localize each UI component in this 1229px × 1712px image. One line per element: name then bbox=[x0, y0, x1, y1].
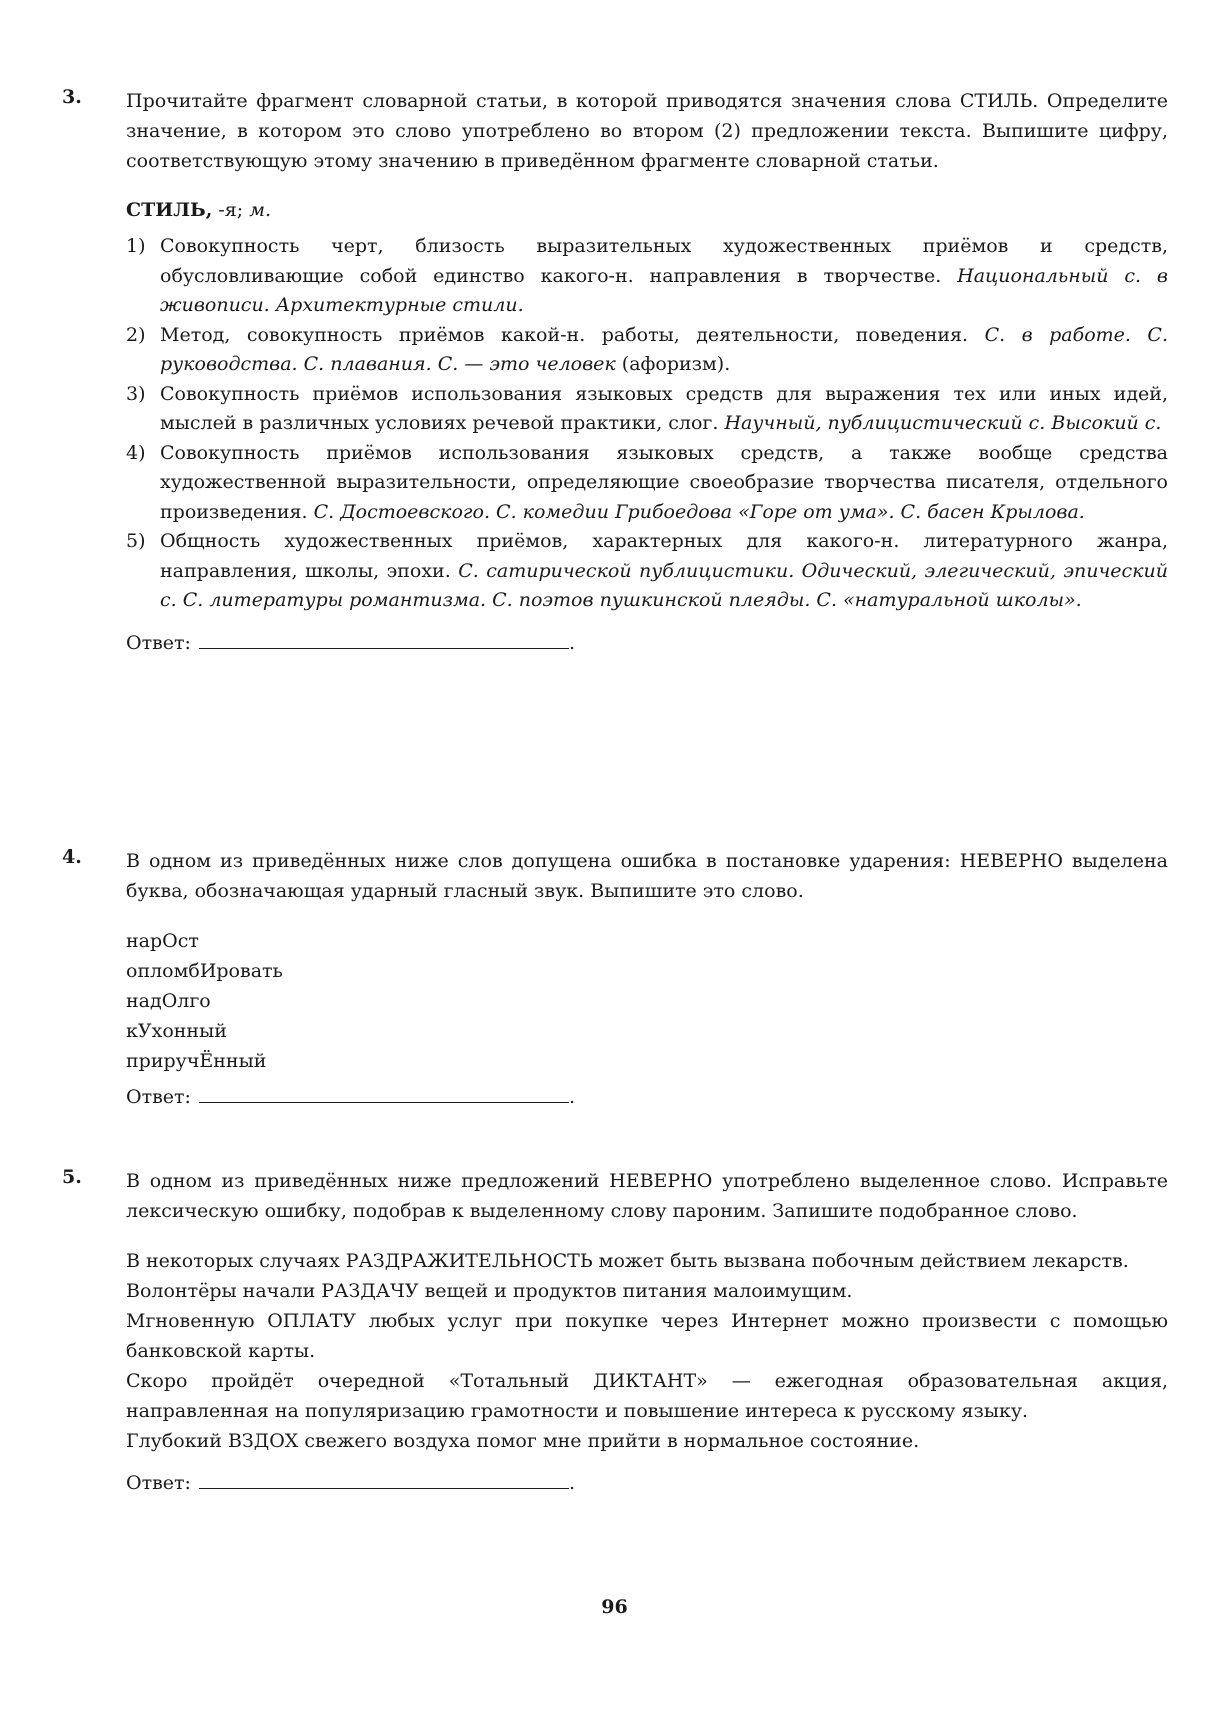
sentence-option: Волонтёры начали РАЗДАЧУ вещей и продукт… bbox=[126, 1276, 1168, 1306]
sentence-option: Мгновенную ОПЛАТУ любых услуг при покупк… bbox=[126, 1306, 1168, 1366]
answer-row: Ответ:. bbox=[126, 628, 1168, 658]
definition-number: 2) bbox=[126, 321, 146, 351]
word-list: нарОст опломбИровать надОлго кУхонный пр… bbox=[126, 926, 1168, 1076]
sentence-option: Глубокий ВЗДОХ свежего воздуха помог мне… bbox=[126, 1426, 1168, 1456]
word-option: надОлго bbox=[126, 986, 1168, 1016]
word-option: нарОст bbox=[126, 926, 1168, 956]
definition-list: 1)Совокупность черт, близость выразитель… bbox=[126, 232, 1168, 616]
task-number: 4. bbox=[62, 846, 82, 868]
definition-item: 3)Совокупность приёмов использования язы… bbox=[126, 380, 1168, 439]
task-instruction: В одном из приведённых ниже слов допущен… bbox=[126, 846, 1168, 906]
task-instruction: В одном из приведённых ниже предложений … bbox=[126, 1166, 1168, 1226]
definition-item: 4)Совокупность приёмов использования язы… bbox=[126, 439, 1168, 528]
word-option: приручЁнный bbox=[126, 1046, 1168, 1076]
answer-period: . bbox=[569, 1086, 575, 1108]
answer-label: Ответ: bbox=[126, 1472, 191, 1494]
grammar-info: -я; bbox=[212, 199, 249, 221]
word-option: опломбИровать bbox=[126, 956, 1168, 986]
answer-period: . bbox=[569, 632, 575, 654]
definition-item: 2)Метод, совокупность приёмов какой-н. р… bbox=[126, 321, 1168, 380]
sentence-option: В некоторых случаях РАЗДРАЖИТЕЛЬНОСТЬ мо… bbox=[126, 1246, 1168, 1276]
task-5: 5. В одном из приведённых ниже предложен… bbox=[62, 1166, 1168, 1498]
answer-field[interactable] bbox=[199, 1082, 569, 1103]
task-number: 3. bbox=[62, 86, 82, 108]
definition-examples: С. Достоевского. С. комедии Грибоедова «… bbox=[314, 501, 1085, 523]
definition-item: 1)Совокупность черт, близость выразитель… bbox=[126, 232, 1168, 321]
sentence-list: В некоторых случаях РАЗДРАЖИТЕЛЬНОСТЬ мо… bbox=[126, 1246, 1168, 1456]
word-option: кУхонный bbox=[126, 1016, 1168, 1046]
dictionary-headword: СТИЛЬ, -я; м. bbox=[126, 196, 1168, 224]
definition-number: 5) bbox=[126, 527, 146, 557]
textbook-page: 3. Прочитайте фрагмент словарной статьи,… bbox=[0, 0, 1229, 1712]
definition-number: 1) bbox=[126, 232, 146, 262]
answer-period: . bbox=[569, 1472, 575, 1494]
definition-note: (афоризм). bbox=[616, 353, 731, 375]
sentence-option: Скоро пройдёт очередной «Тотальный ДИКТА… bbox=[126, 1366, 1168, 1426]
task-instruction: Прочитайте фрагмент словарной статьи, в … bbox=[126, 86, 1168, 176]
definition-number: 4) bbox=[126, 439, 146, 469]
definition-item: 5)Общность художественных приёмов, харак… bbox=[126, 527, 1168, 616]
definition-text: Метод, совокупность приёмов какой-н. раб… bbox=[160, 324, 985, 346]
answer-row: Ответ:. bbox=[126, 1082, 1168, 1112]
answer-label: Ответ: bbox=[126, 1086, 191, 1108]
headword: СТИЛЬ, bbox=[126, 199, 212, 221]
task-number: 5. bbox=[62, 1166, 82, 1188]
answer-field[interactable] bbox=[199, 1468, 569, 1489]
task-4: 4. В одном из приведённых ниже слов допу… bbox=[62, 846, 1168, 1112]
answer-label: Ответ: bbox=[126, 632, 191, 654]
page-number: 96 bbox=[0, 1596, 1229, 1618]
definition-examples: Научный, публицистический с. Высокий с. bbox=[724, 412, 1161, 434]
definition-number: 3) bbox=[126, 380, 146, 410]
gender-mark: м. bbox=[249, 199, 271, 221]
answer-row: Ответ:. bbox=[126, 1468, 1168, 1498]
answer-field[interactable] bbox=[199, 628, 569, 649]
task-3: 3. Прочитайте фрагмент словарной статьи,… bbox=[62, 86, 1168, 658]
